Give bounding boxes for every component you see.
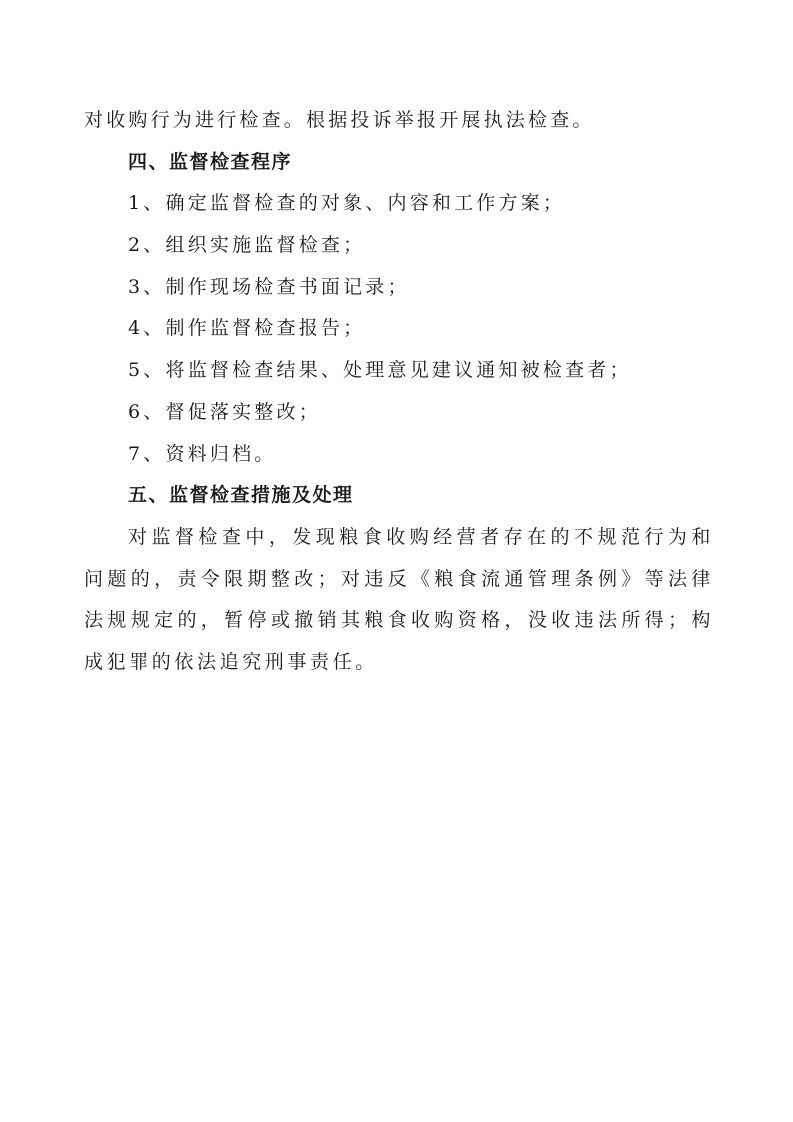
procedure-step: 1、确定监督检查的对象、内容和工作方案； [84,183,714,225]
procedure-step: 7、资料归档。 [84,434,714,476]
continuation-text: 对收购行为进行检查。根据投诉举报开展执法检查。 [84,100,714,142]
procedure-step: 4、制作监督检查报告； [84,308,714,350]
procedure-step: 5、将监督检查结果、处理意见建议通知被检查者； [84,350,714,392]
section-5-heading: 五、监督检查措施及处理 [84,475,714,517]
section-4-heading: 四、监督检查程序 [84,142,714,184]
document-page: 对收购行为进行检查。根据投诉举报开展执法检查。 四、监督检查程序 1、确定监督检… [84,100,714,684]
procedure-step: 6、督促落实整改； [84,392,714,434]
procedure-step: 3、制作现场检查书面记录； [84,267,714,309]
section-5-paragraph: 对监督检查中，发现粮食收购经营者存在的不规范行为和问题的，责令限期整改；对违反《… [84,517,714,684]
procedure-step: 2、组织实施监督检查； [84,225,714,267]
procedure-steps-list: 1、确定监督检查的对象、内容和工作方案； 2、组织实施监督检查； 3、制作现场检… [84,183,714,475]
